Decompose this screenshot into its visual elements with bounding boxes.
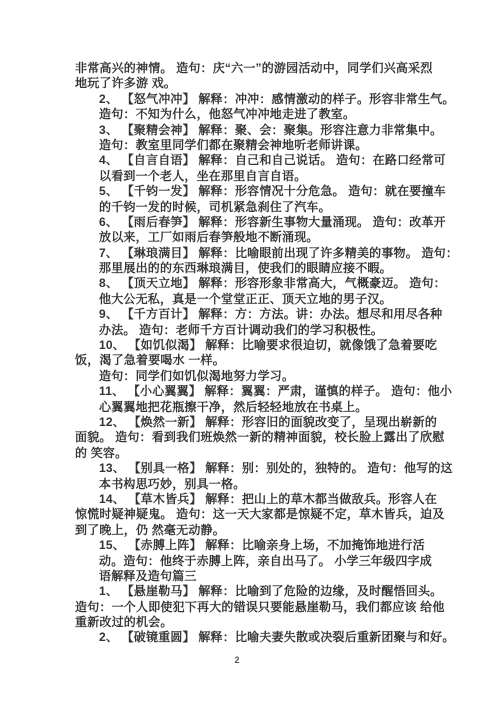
text-line: 动。造句：他终于赤膊上阵，亲自出马了。 小学三年级四字成: [75, 554, 433, 569]
text-line: 心翼翼地把花瓶擦干净，然后轻轻地放在书桌上。: [75, 400, 433, 415]
text-line: 2、 【破镜重圆】 解释：比喻夫妻失散或决裂后重新团聚与和好。: [75, 630, 433, 645]
page-number: 2: [0, 655, 474, 665]
text-line: 6、 【雨后春笋】 解释：形容新生事物大量涌现。 造句：改革开: [75, 215, 433, 230]
text-line: 2、 【怒气冲冲】 解释：冲冲：感情激动的样子。形容非常生气。: [75, 92, 433, 107]
text-line: 他大公无私，真是一个堂堂正正、顶天立地的男子汉。: [75, 292, 433, 307]
text-line: 语解释及造句篇三: [75, 569, 433, 584]
text-line: 面貌。 造句：看到我们班焕然一新的精神面貌，校长脸上露出了欣慰: [75, 430, 433, 445]
text-line: 12、 【焕然一新】 解释：形容旧的面貌改变了，呈现出崭新的: [75, 415, 433, 430]
text-line: 11、 【小心翼翼】 解释：翼翼：严肃，谨慎的样子。 造句：他小: [75, 384, 433, 399]
text-line: 的 笑容。: [75, 446, 433, 461]
idiom-text-block: 非常高兴的神情。 造句：庆“六一”的游园活动中，同学们兴高采烈地玩了许多游 戏。…: [75, 61, 433, 646]
text-line: 重新改过的机会。: [75, 615, 433, 630]
text-line: 5、 【千钧一发】 解释：形容情况十分危急。 造句：就在要撞车: [75, 184, 433, 199]
text-line: 本书构思巧妙，别具一格。: [75, 477, 433, 492]
text-line: 14、 【草木皆兵】 解释：把山上的草木都当做敌兵。形容人在: [75, 492, 433, 507]
text-line: 惊慌时疑神疑鬼。 造句：这一天大家都是惊疑不定，草木皆兵，迫及: [75, 507, 433, 522]
text-line: 非常高兴的神情。 造句：庆“六一”的游园活动中，同学们兴高采烈: [75, 61, 433, 76]
document-page: 非常高兴的神情。 造句：庆“六一”的游园活动中，同学们兴高采烈地玩了许多游 戏。…: [0, 0, 500, 708]
text-line: 到了晚上，仍 然毫无动静。: [75, 523, 433, 538]
text-line: 15、 【赤膊上阵】 解释：比喻亲身上场，不加掩饰地进行活: [75, 538, 433, 553]
text-line: 放以来，工厂如雨后春笋般地不断涌现。: [75, 230, 433, 245]
text-line: 以看到一个老人，坐在那里自言自语。: [75, 169, 433, 184]
text-line: 造句：不知为什么，他怒气冲冲地走进了教室。: [75, 107, 433, 122]
text-line: 4、 【自言自语】 解释：自己和自己说话。 造句：在路口经常可: [75, 153, 433, 168]
text-line: 3、 【聚精会神】 解释：聚、会：聚集。形容注意力非常集中。: [75, 123, 433, 138]
text-line: 造句：同学们如饥似渴地努力学习。: [75, 369, 433, 384]
text-line: 造句：一个人即使犯下再大的错误只要能悬崖勒马，我们都应该 给他: [75, 600, 433, 615]
text-line: 饭，渴了急着要喝水 一样。: [75, 353, 433, 368]
text-line: 9、 【千方百计】 解释：方：方法。讲：办法。想尽和用尽各种: [75, 307, 433, 322]
text-line: 10、 【如饥似渴】 解释：比喻要求很迫切，就像饿了急着要吃: [75, 338, 433, 353]
text-line: 7、 【琳琅满目】 解释：比喻眼前出现了许多精美的事物。 造句：: [75, 246, 433, 261]
text-line: 地玩了许多游 戏。: [75, 76, 433, 91]
text-line: 办法。 造句：老师千方百计调动我们的学习积极性。: [75, 323, 433, 338]
text-line: 的千钧一发的时候，司机紧急刹住了汽车。: [75, 200, 433, 215]
text-line: 那里展出的的东西琳琅满目，使我们的眼睛应接不暇。: [75, 261, 433, 276]
text-line: 8、 【顶天立地】 解释：形容形象非常高大，气概豪迈。 造句：: [75, 276, 433, 291]
text-line: 13、 【别具一格】 解释：别：别处的，独特的。 造句：他写的这: [75, 461, 433, 476]
text-line: 1、 【悬崖勒马】 解释：比喻到了危险的边缘，及时醒悟回头。: [75, 584, 433, 599]
text-line: 造句：教室里同学们都在聚精会神地听老师讲课。: [75, 138, 433, 153]
